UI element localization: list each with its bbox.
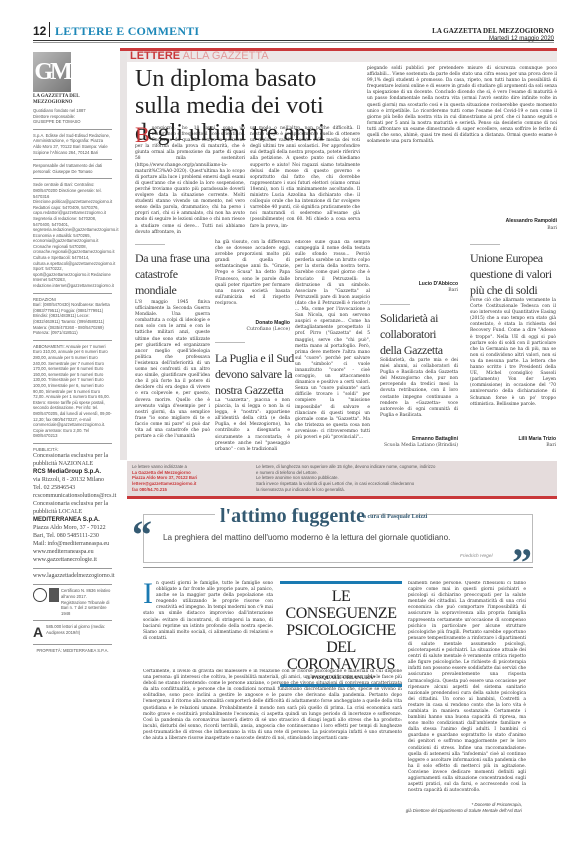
quote-byline: a cura di Pasquale Loizzi [363, 514, 427, 520]
puglia-text: La "Gazzetta", piaccia o non piaccia, la… [215, 398, 290, 454]
website-link[interactable]: www.lagazzettadelmezzogiorno.it [33, 569, 112, 585]
letters-address: Le lettere vanno indirizzate a La Gazzet… [132, 464, 197, 493]
quote-author: Friedrich Hegel [460, 554, 493, 559]
privacy-info: Responsabile del trattamento dei dati pe… [33, 160, 112, 179]
certification-badge-icon [33, 588, 47, 602]
logo-name: LA GAZZETTA DEL MEZZOGIORNO [33, 94, 112, 105]
section-rule [143, 567, 533, 568]
header-rule-secondary [33, 42, 554, 43]
puglia-headline: La Puglia e il Sud devono salvare la nos… [215, 350, 295, 398]
readership-info: A 585.000 lettori al giorno (media: Audi… [33, 621, 112, 645]
letters-side-band [120, 50, 127, 460]
letters-email-link[interactable]: lettere@gazzettamezzogiorno.it [132, 481, 197, 487]
divider [470, 244, 500, 245]
europa-headline: Unione Europea questione di valori più c… [470, 250, 558, 298]
certification-info: Certificato N. 8636 relativo all'anno 20… [33, 585, 112, 621]
divider [215, 342, 245, 343]
subscriptions-info: ABBONAMENTI: Annuale per 7 numeri Euro 3… [33, 341, 112, 444]
letters-kicker: LETTERE ALLA GAZZETTA [130, 51, 269, 62]
paper-name: LA GAZZETTA DEL MEZZOGIORNO [432, 27, 554, 35]
signature: Lucio D'Abbicco [380, 281, 458, 287]
corona-body-right: biamenti nelle persone. Queste riflessio… [408, 581, 526, 796]
header-rule [33, 40, 554, 41]
publisher-info: S.p.A. Edisse del Sud-Edisud Redazione, … [33, 130, 112, 160]
ownership: PROPRIETÀ: MEDITERRANEA S.P.A. [33, 645, 112, 654]
dropcap: I [143, 581, 153, 607]
letters-rules: Le lettere, di lunghezza non superiore a… [256, 464, 546, 493]
main-letter-col2: un modo o nell'altro, non poche difficol… [250, 126, 360, 230]
redazioni-info: REDAZIONI Bari: (080/5470430) Nordbarese… [33, 294, 112, 341]
corona-intro: In questi giorni le famiglie, tutte le f… [143, 581, 273, 642]
main-letter-col3: piegando soldi pubblici per pretendere m… [367, 66, 557, 145]
fieg-badge-icon [49, 588, 59, 602]
divider [135, 244, 165, 245]
dropcap: B [135, 126, 150, 144]
solidarieta-headline: Solidarietà ai collaboratori della Gazze… [380, 310, 460, 358]
location: Cutrofiano (Lecce) [215, 327, 290, 332]
main-letter-col1: Buongiorno, ho 18 anni, sono un maturand… [135, 126, 245, 236]
contacts-info: Sede centrale di Bari: Centralino: 080/5… [33, 179, 112, 293]
corona-body-left: Certamente, il livello di gravità del ma… [143, 669, 402, 834]
europa-text: Forse ciò che allarmato veramente la Cor… [470, 298, 556, 408]
location: Bari [380, 288, 458, 293]
frase-text: L'8 maggio 1945 finiva ufficialmente la … [135, 300, 210, 440]
gm-logo-icon: GM [33, 52, 71, 92]
author-footnote: * Docente di Psicoterapia, già Direttore… [406, 802, 522, 814]
close-quote-icon: ” [512, 548, 532, 578]
puglia-text-cont: edicole sulle quali da sempre campeggia … [295, 240, 370, 452]
divider [380, 304, 410, 305]
signature: Ermanno Battaglini [380, 436, 458, 442]
frase-text-cont: ha già vissuto, con la differenza che se… [215, 240, 290, 307]
audipress-icon: A [33, 624, 43, 640]
signature: Lilli Maria Trizio [470, 436, 556, 442]
location: Scuola Media Latiano (Brindisi) [380, 443, 458, 448]
header-divider [49, 22, 50, 37]
signature: Alessandro Rampoldi [367, 218, 557, 224]
solidarieta-text: Solidarietà, da parte mia e dei miei alu… [380, 358, 458, 419]
location: Bari [367, 226, 557, 231]
section-title: LETTERE E COMMENTI [55, 24, 199, 39]
quote-column-title: l'attimo fuggente [215, 505, 370, 528]
location: Bari [470, 443, 556, 448]
director-info: Quotidiano fondato nel 1887 Direttore re… [33, 105, 112, 130]
signature: Donato Maglio [215, 320, 290, 326]
masthead-sidebar: GM LA GAZZETTA DEL MEZZOGIORNO Quotidian… [33, 52, 112, 654]
open-quote-icon: “ [132, 520, 152, 550]
blue-rule-top [280, 581, 402, 584]
frase-headline: Da una frase una catastrofe mondiale [135, 250, 215, 298]
quote-text: La preghiera del mattino dell'uomo moder… [163, 533, 450, 542]
advertising-info: PUBBLICITÀ: Concessionaria esclusiva per… [33, 444, 112, 570]
page-number: 12 [33, 24, 46, 38]
